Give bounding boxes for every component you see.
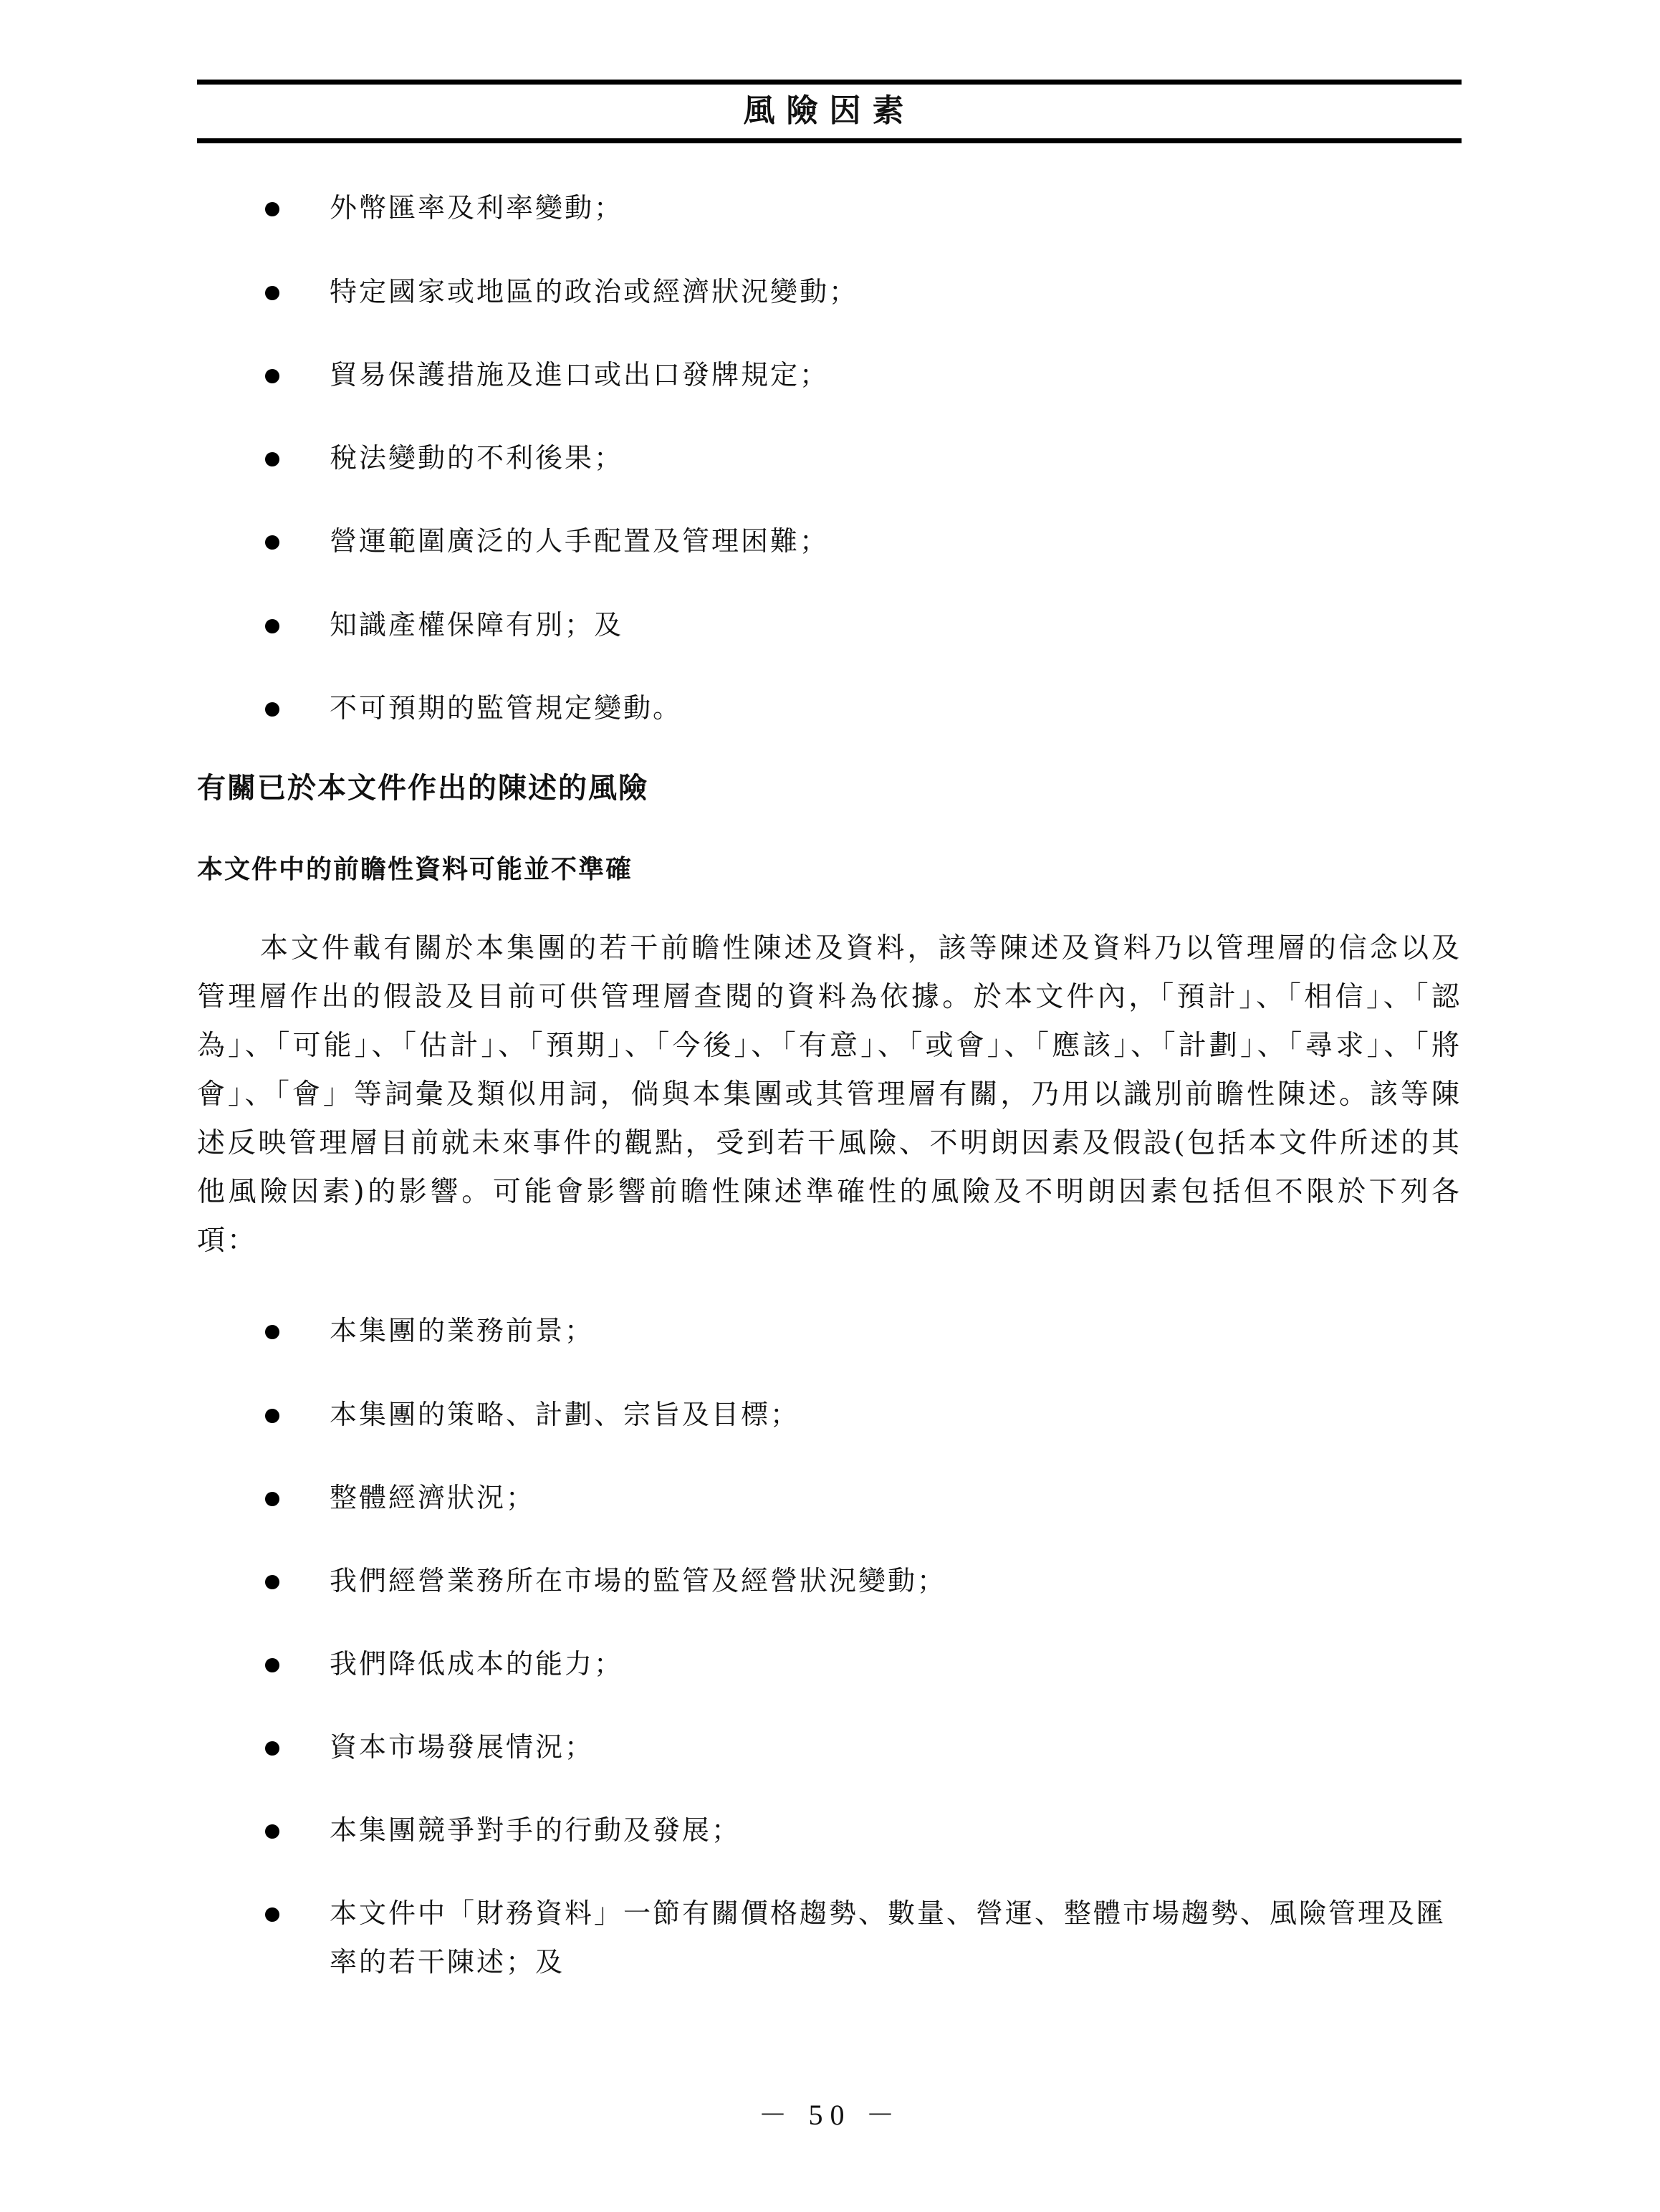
list-item-text: 本集團的業務前景； — [330, 1306, 1462, 1355]
bullet-icon — [265, 1658, 279, 1672]
page-title: 風險因素 — [197, 86, 1462, 136]
list-item: 知識產權保障有別；及 — [258, 600, 1462, 649]
list-item: 不可預期的監管規定變動。 — [258, 684, 1462, 732]
body-paragraph: 本文件載有關於本集團的若干前瞻性陳述及資料，該等陳述及資料乃以管理層的信念以及管… — [197, 924, 1462, 1265]
list-item-text: 本集團的策略、計劃、宗旨及目標； — [330, 1390, 1462, 1439]
bullet-icon — [265, 1409, 279, 1423]
header-rule-top — [197, 80, 1462, 85]
list-item-text: 我們降低成本的能力； — [330, 1639, 1462, 1688]
sub-heading: 本文件中的前瞻性資料可能並不準確 — [197, 849, 633, 886]
list-item: 營運範圍廣泛的人手配置及管理困難； — [258, 517, 1462, 565]
list-item: 資本市場發展情況； — [258, 1723, 1462, 1771]
bullet-icon — [265, 535, 279, 550]
list-item: 稅法變動的不利後果； — [258, 434, 1462, 482]
bullet-icon — [265, 1824, 279, 1839]
bullet-icon — [265, 202, 279, 216]
list-item-text: 整體經濟狀況； — [330, 1473, 1462, 1522]
list-item: 我們降低成本的能力； — [258, 1639, 1462, 1688]
list-item: 本集團的策略、計劃、宗旨及目標； — [258, 1390, 1462, 1439]
list-item: 外幣匯率及利率變動； — [258, 183, 1462, 232]
header-rule-bottom — [197, 138, 1462, 143]
list-item-text: 稅法變動的不利後果； — [330, 434, 1462, 482]
list-item: 本集團的業務前景； — [258, 1306, 1462, 1355]
bullet-icon — [265, 1741, 279, 1756]
list-item-text: 知識產權保障有別；及 — [330, 600, 1462, 649]
bullet-icon — [265, 1492, 279, 1506]
list-item: 貿易保護措施及進口或出口發牌規定； — [258, 350, 1462, 399]
bullet-icon — [265, 619, 279, 633]
list-item-text: 不可預期的監管規定變動。 — [330, 684, 1462, 732]
list-item-text: 外幣匯率及利率變動； — [330, 183, 1462, 232]
list-item-text: 貿易保護措施及進口或出口發牌規定； — [330, 350, 1462, 399]
list-item: 特定國家或地區的政治或經濟狀況變動； — [258, 267, 1462, 316]
bullet-icon — [265, 369, 279, 383]
list-item: 本集團競爭對手的行動及發展； — [258, 1806, 1462, 1854]
bullet-icon — [265, 702, 279, 717]
bullet-icon — [265, 286, 279, 300]
page-number: － 50 － — [0, 2092, 1660, 2133]
bullet-icon — [265, 1325, 279, 1339]
list-item-text: 本集團競爭對手的行動及發展； — [330, 1806, 1462, 1854]
list-item-text: 營運範圍廣泛的人手配置及管理困難； — [330, 517, 1462, 565]
list-item-text: 本文件中「財務資料」一節有關價格趨勢、數量、營運、整體市場趨勢、風險管理及匯率的… — [330, 1889, 1462, 1986]
list-item: 整體經濟狀況； — [258, 1473, 1462, 1522]
section-heading: 有關已於本文件作出的陳述的風險 — [197, 765, 648, 806]
bullet-icon — [265, 452, 279, 466]
list-item: 我們經營業務所在市場的監管及經營狀況變動； — [258, 1556, 1462, 1605]
list-item-text: 資本市場發展情況； — [330, 1723, 1462, 1771]
bullet-icon — [265, 1575, 279, 1589]
bullet-icon — [265, 1907, 279, 1922]
list-item: 本文件中「財務資料」一節有關價格趨勢、數量、營運、整體市場趨勢、風險管理及匯率的… — [258, 1889, 1462, 1986]
list-item-text: 我們經營業務所在市場的監管及經營狀況變動； — [330, 1556, 1462, 1605]
list-item-text: 特定國家或地區的政治或經濟狀況變動； — [330, 267, 1462, 316]
